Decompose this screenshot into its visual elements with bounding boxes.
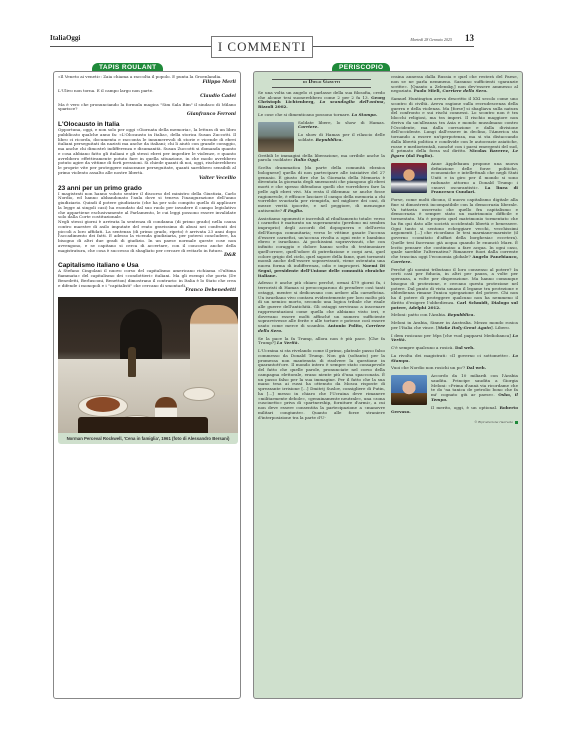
article-body: Opportuna, oggi, e non solo per oggi «Gi… bbox=[58, 128, 236, 176]
text-run: Dal web. bbox=[466, 365, 486, 370]
quote: Le cose che si dimenticano possono torna… bbox=[258, 113, 385, 118]
text-run: Osho, bbox=[498, 392, 515, 397]
text-run: Il merito, oggi, è un optional. bbox=[431, 405, 500, 410]
quote: La rivolta dei magistrati: «Il governo c… bbox=[391, 354, 518, 364]
periscopio-box: di Diego Gabutti Se una volta un angelo … bbox=[253, 71, 523, 699]
quote: Orribili le immagini della liberazione, … bbox=[258, 154, 385, 164]
quote: craina annessa dalla Russia e quel che r… bbox=[391, 75, 518, 94]
article-body: I magistrati non hanno voluto sentire il… bbox=[58, 192, 236, 254]
text-run: Opportuna, oggi, e non solo per oggi «Gi… bbox=[58, 128, 236, 176]
text-run: Repubblica. bbox=[448, 312, 475, 317]
text-run: Orribili le immagini della liberazione, … bbox=[258, 153, 385, 163]
osho-photo bbox=[391, 375, 427, 405]
quote: Se la pace la fa Trump, allora non è più… bbox=[258, 337, 385, 347]
byline: di Diego Gabutti bbox=[272, 79, 371, 88]
quote: Samuel Huntington aveva descritto il XXI… bbox=[391, 97, 518, 159]
text-run: Italia Oggi. bbox=[294, 157, 320, 162]
issue-date: Martedì 28 Gennaio 2025 bbox=[410, 37, 452, 42]
text-run: Corriere. bbox=[298, 124, 319, 129]
text-run: Corriere. bbox=[391, 259, 412, 264]
text-run: Le cose che si dimenticano possono torna… bbox=[258, 112, 352, 117]
text-run: Angelo Panebianco, bbox=[472, 254, 518, 259]
text-run: Meloni: patto con l'Arabia. bbox=[391, 312, 448, 317]
quote: Forse, come molti dicono, il nuovo capit… bbox=[391, 198, 518, 265]
text-run: Paolo Mieli, bbox=[414, 88, 443, 93]
text-run: Negli stessi giorni è arrivata la senten… bbox=[58, 220, 236, 253]
article-body: A Stefano Cingolani il nuovo corso del c… bbox=[58, 269, 236, 288]
quote: Se una volta un angelo ci parlasse della… bbox=[258, 91, 385, 110]
quote: Adesso è anche più chiaro perché, ormai … bbox=[258, 281, 385, 333]
text-run: Lo scandaglio dell'anima bbox=[320, 99, 384, 104]
text-run: Nicolas Baverez, bbox=[469, 148, 512, 153]
text-run: Forse, come molti dicono, il nuovo capit… bbox=[391, 197, 518, 259]
text-run: ]. Libero. bbox=[491, 325, 510, 330]
text-run: Dal web. bbox=[455, 345, 475, 350]
quote: Scelta drammatica [da parte della comuni… bbox=[258, 166, 385, 214]
trump-photo bbox=[391, 163, 427, 193]
tapis-item: Ma è vero che pronunciando la formula ma… bbox=[58, 103, 236, 113]
text-run: Scelta drammatica [da parte della comuni… bbox=[258, 165, 385, 213]
text-run: Italia Oggi. bbox=[294, 157, 320, 162]
text-run: C'è sempre qualcuno a rosicà. bbox=[391, 345, 455, 350]
text-run: I magistrati non hanno voluto sentire il… bbox=[58, 192, 236, 221]
author-signature: Valter Vecellio bbox=[58, 176, 236, 181]
quote: Vuoi che Nordio non rosichi un po'? Dal … bbox=[391, 366, 518, 371]
text-run: Corriere della Sera. bbox=[442, 88, 487, 93]
section-title: I COMMENTI bbox=[211, 36, 313, 58]
soldiers-photo bbox=[258, 122, 294, 152]
text-run: Se una volta un angelo ci parlasse della… bbox=[258, 90, 385, 100]
text-run: La Stampa. bbox=[352, 112, 378, 117]
text-run: Ma è vero che pronunciando la formula ma… bbox=[58, 103, 236, 113]
text-run: il Foglio. bbox=[283, 208, 303, 213]
text-run: Adesso è anche più chiaro perché, ormai … bbox=[258, 280, 385, 328]
author-signature: Filippo Merli bbox=[58, 80, 236, 85]
text-run: La Verità. bbox=[277, 340, 299, 345]
author-signature: D&R bbox=[58, 253, 236, 258]
text-run: L'Ucraina si sta rivelando come il primo… bbox=[258, 348, 385, 420]
text-run: Corriere. bbox=[391, 259, 412, 264]
text-run: Corriere. bbox=[298, 124, 319, 129]
text-run: Samuel Huntington aveva descritto il XXI… bbox=[391, 96, 518, 153]
text-run: Repubblica. bbox=[448, 312, 475, 317]
page-header: ItaliaOggi I COMMENTI Martedì 28 Gennaio… bbox=[50, 34, 474, 48]
text-run: Make Italy Great Again bbox=[438, 325, 491, 330]
photo-caption: Norman Perceval Rockwell, 'Cena in famig… bbox=[58, 433, 238, 444]
text-run: Repubblica. bbox=[316, 137, 343, 142]
quote: Meloni in Arabia, Sinner in Australia. M… bbox=[391, 321, 518, 331]
text-run: A Stefano Cingolani il nuovo corso del c… bbox=[58, 269, 236, 288]
quote: Assistiamo sgomenti e increduli al ribal… bbox=[258, 217, 385, 279]
text-run: Make Italy Great Again bbox=[438, 325, 491, 330]
masthead-logo: ItaliaOggi bbox=[50, 34, 80, 42]
text-run: il Foglio. bbox=[283, 208, 303, 213]
copyright-endmark: © Riproduzione riservata bbox=[391, 420, 518, 425]
end-square-icon bbox=[515, 421, 518, 424]
quote: Il merito, oggi, è un optional. Roberto … bbox=[391, 406, 518, 416]
quote: L'Ucraina si sta rivelando come il primo… bbox=[258, 349, 385, 420]
periscopio-column-1: di Diego Gabutti Se una volta un angelo … bbox=[258, 75, 385, 695]
text-run: I dem rosicano per Mps [che vuol pappars… bbox=[391, 333, 512, 338]
quote: I dem rosicano per Mps [che vuol pappars… bbox=[391, 334, 518, 344]
author-signature: Franco Debenedetti bbox=[58, 288, 236, 293]
text-run: Corriere della Sera. bbox=[442, 88, 487, 93]
text-run: © Riproduzione riservata bbox=[474, 420, 513, 424]
text-run: Repubblica. bbox=[316, 137, 343, 142]
text-run: La Verità. bbox=[277, 340, 299, 345]
text-run: Lo scandaglio dell'anima bbox=[320, 99, 384, 104]
page-number: 13 bbox=[465, 33, 474, 43]
text-run: (dal Foglio). bbox=[404, 153, 433, 158]
quote: Meloni: patto con l'Arabia. Repubblica. bbox=[391, 313, 518, 318]
author-signature: Gianfranco Ferroni bbox=[58, 112, 236, 117]
text-run: Assistiamo sgomenti e increduli al ribal… bbox=[258, 216, 385, 269]
quote: C'è sempre qualcuno a rosicà. Dal web. bbox=[391, 346, 518, 351]
periscopio-column-2: craina annessa dalla Russia e quel che r… bbox=[391, 75, 518, 695]
text-run: Vuoi che Nordio non rosichi un po'? bbox=[391, 365, 466, 370]
text-run: La Stampa. bbox=[352, 112, 378, 117]
tapis-roulant-box: «Il Veneto ai veneti»: Zaia chiama a rac… bbox=[53, 71, 241, 699]
quote: Perché gli uomini tributano il loro cons… bbox=[391, 268, 518, 311]
author-signature: Claudio Cadei bbox=[58, 94, 236, 99]
text-run: Antonio Polito, bbox=[328, 323, 366, 328]
rockwell-painting-image bbox=[58, 297, 238, 433]
